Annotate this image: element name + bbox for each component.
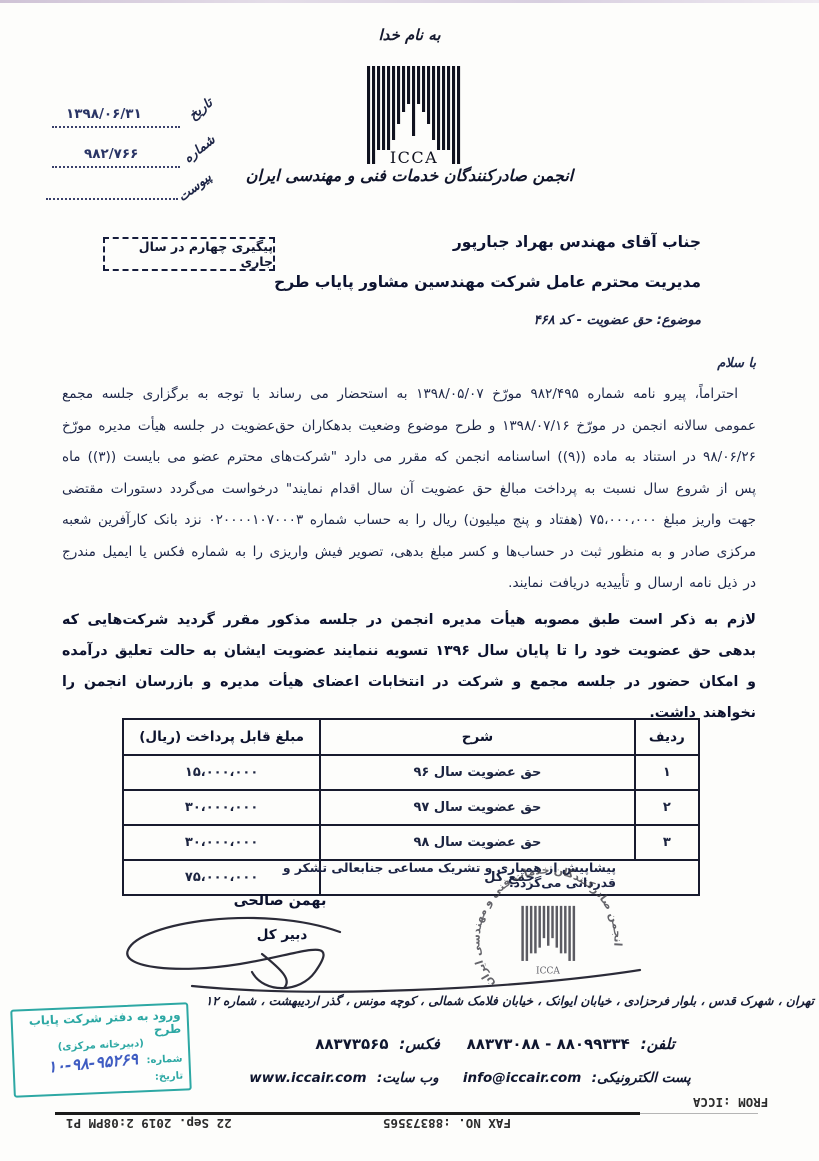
row-description: حق عضویت سال ۹۷ (320, 790, 635, 825)
header-amount: مبلغ قابل پرداخت (ریال) (123, 719, 320, 755)
scanned-letter-page: به نام خدا ICCA انجمن صادرکنندگان خدمات … (0, 0, 819, 1161)
body-paragraph-2: لازم به ذکر است طبق مصوبه هیأت مدیره انج… (62, 605, 756, 729)
recipient-title: مدیریت محترم عامل شرکت مهندسین مشاور پای… (274, 273, 701, 291)
table-row: ۳ حق عضویت سال ۹۸ ۳۰،۰۰۰،۰۰۰ (123, 825, 699, 860)
fax-separator-line (55, 1112, 640, 1115)
number-label: شماره (181, 133, 218, 167)
body-paragraph-1: احتراماً، پیرو نامه شماره ۹۸۲/۴۹۵ مورّخ … (62, 379, 756, 600)
phone-value: ۸۸۰۹۹۳۳۴ - ۸۸۳۷۳۰۸۸ (467, 1035, 630, 1053)
email-value: info@iccair.com (463, 1070, 581, 1086)
row-description: حق عضویت سال ۹۸ (320, 825, 635, 860)
email-label: پست الکترونیکی: (592, 1070, 691, 1086)
row-number: ۲ (635, 790, 699, 825)
number-dotted-line (52, 148, 180, 168)
row-description: حق عضویت سال ۹۶ (320, 755, 635, 790)
date-label: تاریخ (186, 96, 216, 124)
fax-value: ۸۸۳۷۳۵۶۵ (315, 1035, 388, 1053)
entry-stamp-number-label: شماره: (146, 1054, 182, 1066)
icca-logo-text: ICCA (390, 148, 438, 167)
website-value: www.iccair.com (249, 1070, 366, 1086)
fax-label: فکس: (399, 1035, 440, 1053)
followup-note-box: پیگیری چهارم در سال جاری (103, 237, 275, 271)
fax-datetime-text: 22 Sep. 2019 2:08PM P1 (66, 1116, 232, 1131)
phone-label: تلفن: (641, 1035, 675, 1053)
attachment-dotted-line (46, 182, 178, 200)
recipient-name: جناب آقای مهندس بهراد جبارپور (453, 233, 701, 251)
row-number: ۱ (635, 755, 699, 790)
row-amount: ۱۵،۰۰۰،۰۰۰ (123, 755, 320, 790)
letter-body: با سلام احتراماً، پیرو نامه شماره ۹۸۲/۴۹… (62, 356, 756, 729)
header-row-number: ردیف (635, 719, 699, 755)
row-amount: ۳۰،۰۰۰،۰۰۰ (123, 790, 320, 825)
row-number: ۳ (635, 825, 699, 860)
fax-number-text: FAX NO. :88373565 (383, 1116, 511, 1131)
fax-separator-line-thin (640, 1113, 758, 1114)
signature-scrawl (112, 910, 657, 1005)
salutation: با سلام (62, 356, 756, 371)
website-label: وب سایت: (377, 1070, 439, 1086)
row-amount: ۳۰،۰۰۰،۰۰۰ (123, 825, 320, 860)
footer-phone-line: تلفن: ۸۸۰۹۹۳۳۴ - ۸۸۳۷۳۰۸۸ فکس: ۸۸۳۷۳۵۶۵ (210, 1035, 780, 1053)
icca-logo-icon: ICCA (366, 64, 462, 168)
scan-edge-artifact (0, 0, 819, 3)
date-dotted-line (52, 108, 180, 128)
footer-web-line: پست الکترونیکی: info@iccair.com وب سایت:… (180, 1070, 760, 1086)
table-header-row: ردیف شرح مبلغ قابل پرداخت (ریال) (123, 719, 699, 755)
bismillah-text: به نام خدا (0, 26, 819, 44)
table-row: ۲ حق عضویت سال ۹۷ ۳۰،۰۰۰،۰۰۰ (123, 790, 699, 825)
header-description: شرح (320, 719, 635, 755)
entry-office-stamp: ورود به دفتر شرکت پایاب طرح (دبیرخانه مر… (10, 1002, 192, 1097)
signer-name: بهمن صالحی (222, 893, 338, 909)
fax-from-text: FROM :ICCA (693, 1095, 768, 1110)
table-row: ۱ حق عضویت سال ۹۶ ۱۵،۰۰۰،۰۰۰ (123, 755, 699, 790)
subject-line: موضوع: حق عضویت - کد ۴۶۸ (534, 313, 701, 328)
